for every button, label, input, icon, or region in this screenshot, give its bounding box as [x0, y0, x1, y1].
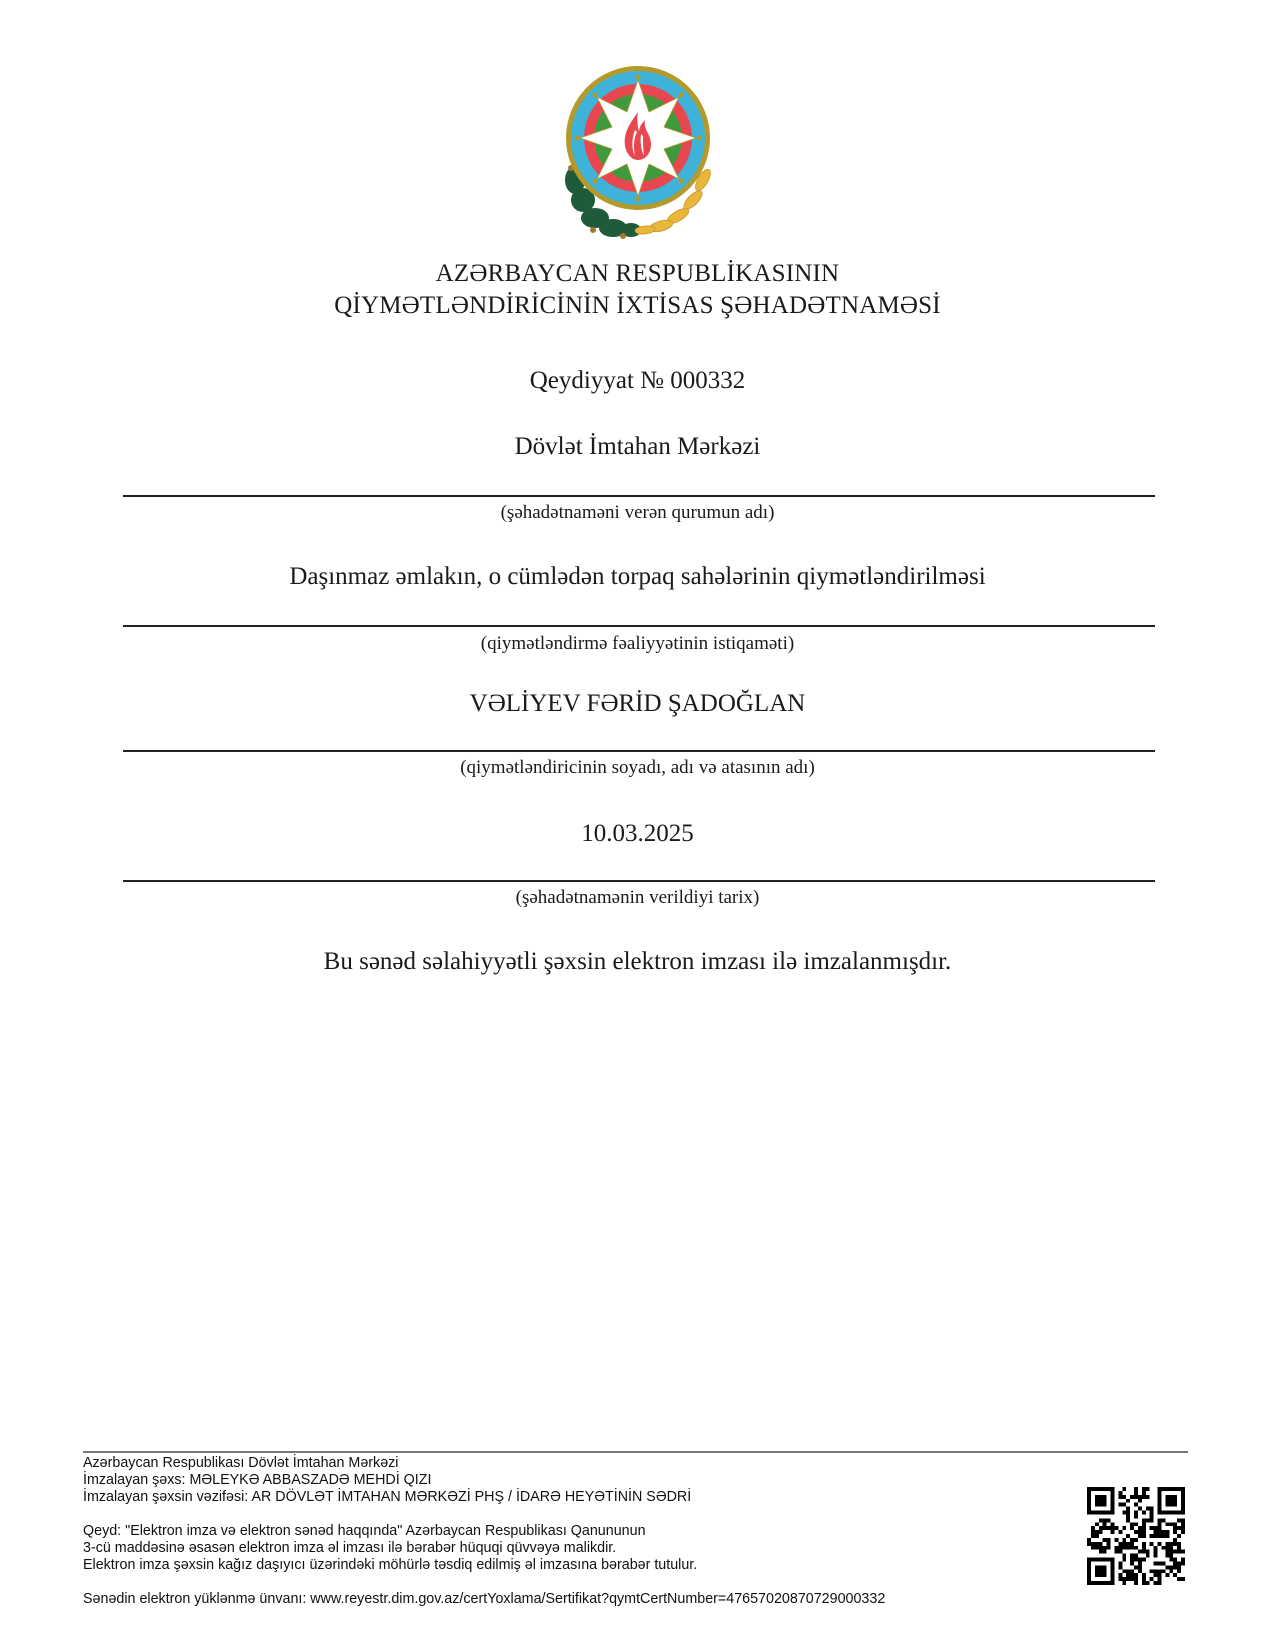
registration-number: Qeydiyyat № 000332 — [0, 367, 1275, 395]
footer-signer-position: İmzalayan şəxsin vəzifəsi: AR DÖVLƏT İMT… — [83, 1489, 691, 1506]
issue-date-value: 10.03.2025 — [0, 820, 1275, 848]
field-divider — [123, 495, 1155, 497]
activity-direction-caption: (qiymətləndirmə fəaliyyətinin istiqaməti… — [0, 633, 1275, 655]
field-divider — [123, 880, 1155, 882]
footer-download-url[interactable]: Sənədin elektron yüklənmə ünvanı: www.re… — [83, 1591, 885, 1608]
activity-direction-value: Daşınmaz əmlakın, o cümlədən torpaq sahə… — [0, 563, 1275, 591]
issuing-organization-caption: (şəhadətnaməni verən qurumun adı) — [0, 502, 1275, 524]
electronic-signature-note: Bu sənəd səlahiyyətli şəxsin elektron im… — [0, 948, 1275, 976]
footer-legal-note-3: Elektron imza şəxsin kağız daşıyıcı üzər… — [83, 1557, 697, 1574]
footer-legal-note-2: 3-cü maddəsinə əsasən elektron imza əl i… — [83, 1540, 616, 1557]
appraiser-name-value: VƏLİYEV FƏRİD ŞADOĞLAN — [0, 690, 1275, 718]
field-divider — [123, 625, 1155, 627]
footer-organization: Azərbaycan Respublikası Dövlət İmtahan M… — [83, 1455, 398, 1472]
certificate-title-line2: QİYMƏTLƏNDİRİCİNİN İXTİSAS ŞƏHADƏTNAMƏSİ — [0, 290, 1275, 322]
field-divider — [123, 750, 1155, 752]
issue-date-caption: (şəhadətnamənin verildiyi tarix) — [0, 887, 1275, 909]
certificate-title-line1: AZƏRBAYCAN RESPUBLİKASININ — [0, 258, 1275, 290]
appraiser-name-caption: (qiymətləndiricinin soyadı, adı və atası… — [0, 757, 1275, 779]
footer-signer: İmzalayan şəxs: MƏLEYKƏ ABBASZADƏ MEHDİ … — [83, 1472, 431, 1489]
footer-legal-note-1: Qeyd: "Elektron imza və elektron sənəd h… — [83, 1523, 646, 1540]
state-emblem-icon — [553, 60, 723, 240]
issuing-organization-value: Dövlət İmtahan Mərkəzi — [0, 433, 1275, 461]
qr-code-icon — [1087, 1487, 1185, 1585]
footer-divider — [83, 1451, 1188, 1453]
